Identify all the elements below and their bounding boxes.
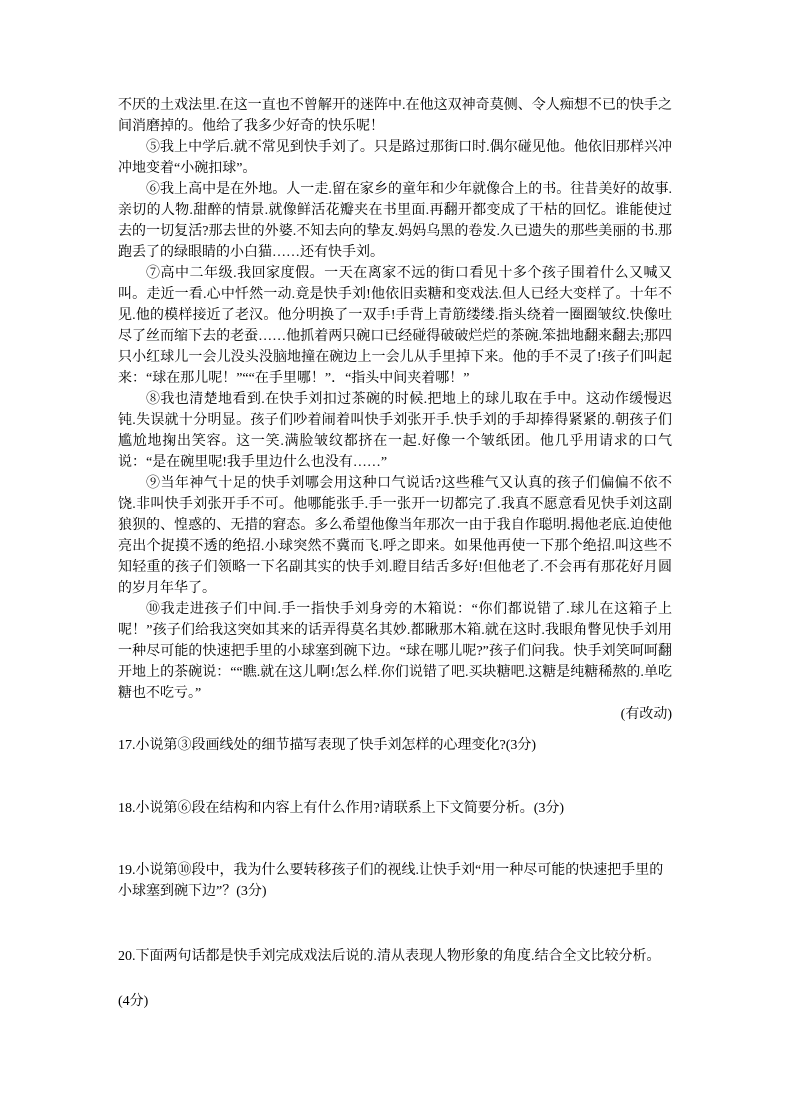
question-20-score-note: (4分): [118, 991, 672, 1012]
exam-content: 不厌的土戏法里.在这一直也不曾解开的迷阵中.在他这双神奇莫侧、令人痴想不已的快手…: [118, 95, 672, 1012]
passage-paragraph-9: ⑨当年神气十足的快手刘哪会用这种口气说话?这些稚气又认真的孩子们偏偏不依不饶.非…: [118, 473, 672, 599]
question-section: 17.小说第③段画线处的细节描写表现了快手刘怎样的心理变化?(3分) 18.小说…: [118, 735, 672, 1012]
passage-paragraph-10: ⑩我走进孩子们中间.手一指快手刘身旁的木箱说：“你们都说错了.球儿在这箱子上呢！…: [118, 599, 672, 704]
question-17: 17.小说第③段画线处的细节描写表现了快手刘怎样的心理变化?(3分): [118, 735, 672, 756]
passage-paragraph-continuation: 不厌的土戏法里.在这一直也不曾解开的迷阵中.在他这双神奇莫侧、令人痴想不已的快手…: [118, 95, 672, 137]
attribution-note: (有改动): [118, 704, 672, 725]
passage-paragraph-5: ⑤我上中学后.就不常见到快手刘了。只是路过那街口时.偶尔碰见他。他依旧那样兴冲冲…: [118, 137, 672, 179]
question-20: 20.下面两句话都是快手刘完成戏法后说的.清从表现人物形象的角度.结合全文比较分…: [118, 946, 672, 967]
passage-paragraph-7: ⑦高中二年级.我回家度假。一天在离家不远的街口看见十多个孩子围着什么又喊又叫。走…: [118, 263, 672, 389]
passage-paragraph-8: ⑧我也清楚地看到.在快手刘扣过茶碗的时候.把地上的球儿取在手中。这动作缓慢迟钝.…: [118, 389, 672, 473]
reading-passage: 不厌的土戏法里.在这一直也不曾解开的迷阵中.在他这双神奇莫侧、令人痴想不已的快手…: [118, 95, 672, 725]
exam-page: 不厌的土戏法里.在这一直也不曾解开的迷阵中.在他这双神奇莫侧、令人痴想不已的快手…: [0, 0, 790, 1119]
question-19: 19.小说第⑩段中，我为什么要转移孩子们的视线.让快手刘“用一种尽可能的快速把手…: [118, 860, 672, 902]
question-18: 18.小说第⑥段在结构和内容上有什么作用?请联系上下文简要分析。(3分): [118, 798, 672, 819]
passage-paragraph-6: ⑥我上高中是在外地。人一走.留在家乡的童年和少年就像合上的书。往昔美好的故事.亲…: [118, 179, 672, 263]
